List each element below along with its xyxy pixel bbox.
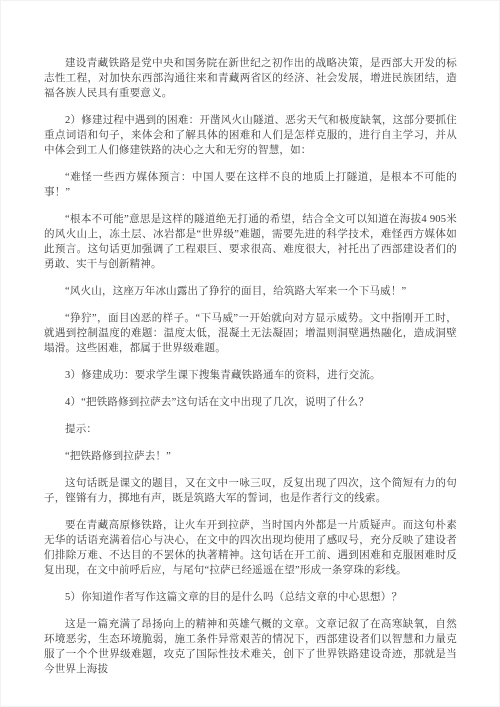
para-point-3: 3）修建成功：要求学生课下搜集青藏铁路通车的资料，进行交流。	[44, 368, 457, 383]
para-question-4: 4）“把铁路修到拉萨去”这句话在文中出现了几次，说明了什么？	[44, 395, 457, 410]
document-body: 建设青藏铁路是党中央和国务院在新世纪之初作出的战略决策，是西部大开发的标志性工程…	[1, 1, 499, 677]
para-question-5: 5）你知道作者写作这篇文章的目的是什么吗（总结文章的中心思想）？	[44, 590, 457, 605]
para-intro: 建设青藏铁路是党中央和国务院在新世纪之初作出的战略决策，是西部大开发的标志性工程…	[44, 56, 457, 101]
para-slogan-analysis: 这句话既是课文的题目，又在文中一咏三叹，反复出现了四次，这个简短有力的句子，铿锵…	[44, 476, 457, 506]
document-page: 建设青藏铁路是党中央和国务院在新世纪之初作出的战略决策，是西部大开发的标志性工程…	[0, 0, 500, 707]
para-zhengning-note: “狰狞”，面目凶恶的样子。“下马威”一开始就向对方显示威势。文中指刚开工时，就遇…	[44, 311, 457, 356]
para-slogan-context: 要在青藏高原修铁路，让火车开到拉萨，当时国内外都是一片质疑声。而这句朴素无华的话…	[44, 518, 457, 578]
para-point-2: 2）修建过程中遇到的困难：开凿风火山隧道、恶劣天气和极度缺氧，这部分要抓住重点词…	[44, 113, 457, 158]
quote-fenghuoshan: “风火山，这座万年冰山露出了狰狞的面目，给筑路大军来一个下马威！”	[44, 284, 457, 299]
quote-slogan: “把铁路修到拉萨去！”	[44, 449, 457, 464]
hint-label: 提示：	[44, 422, 457, 437]
quote-western-media: “难怪一些西方媒体预言：中国人要在这样不良的地质上打隧道，是根本不可能的事！”	[44, 170, 457, 200]
para-impossible-note: “根本不可能”意思是这样的隧道绝无打通的希望，结合全文可以知道在海拔4 905米…	[44, 212, 457, 272]
para-theme-summary: 这是一篇充满了昂扬向上的精神和英雄气概的文章。文章记叙了在高寒缺氧，自然环境恶劣…	[44, 617, 457, 677]
